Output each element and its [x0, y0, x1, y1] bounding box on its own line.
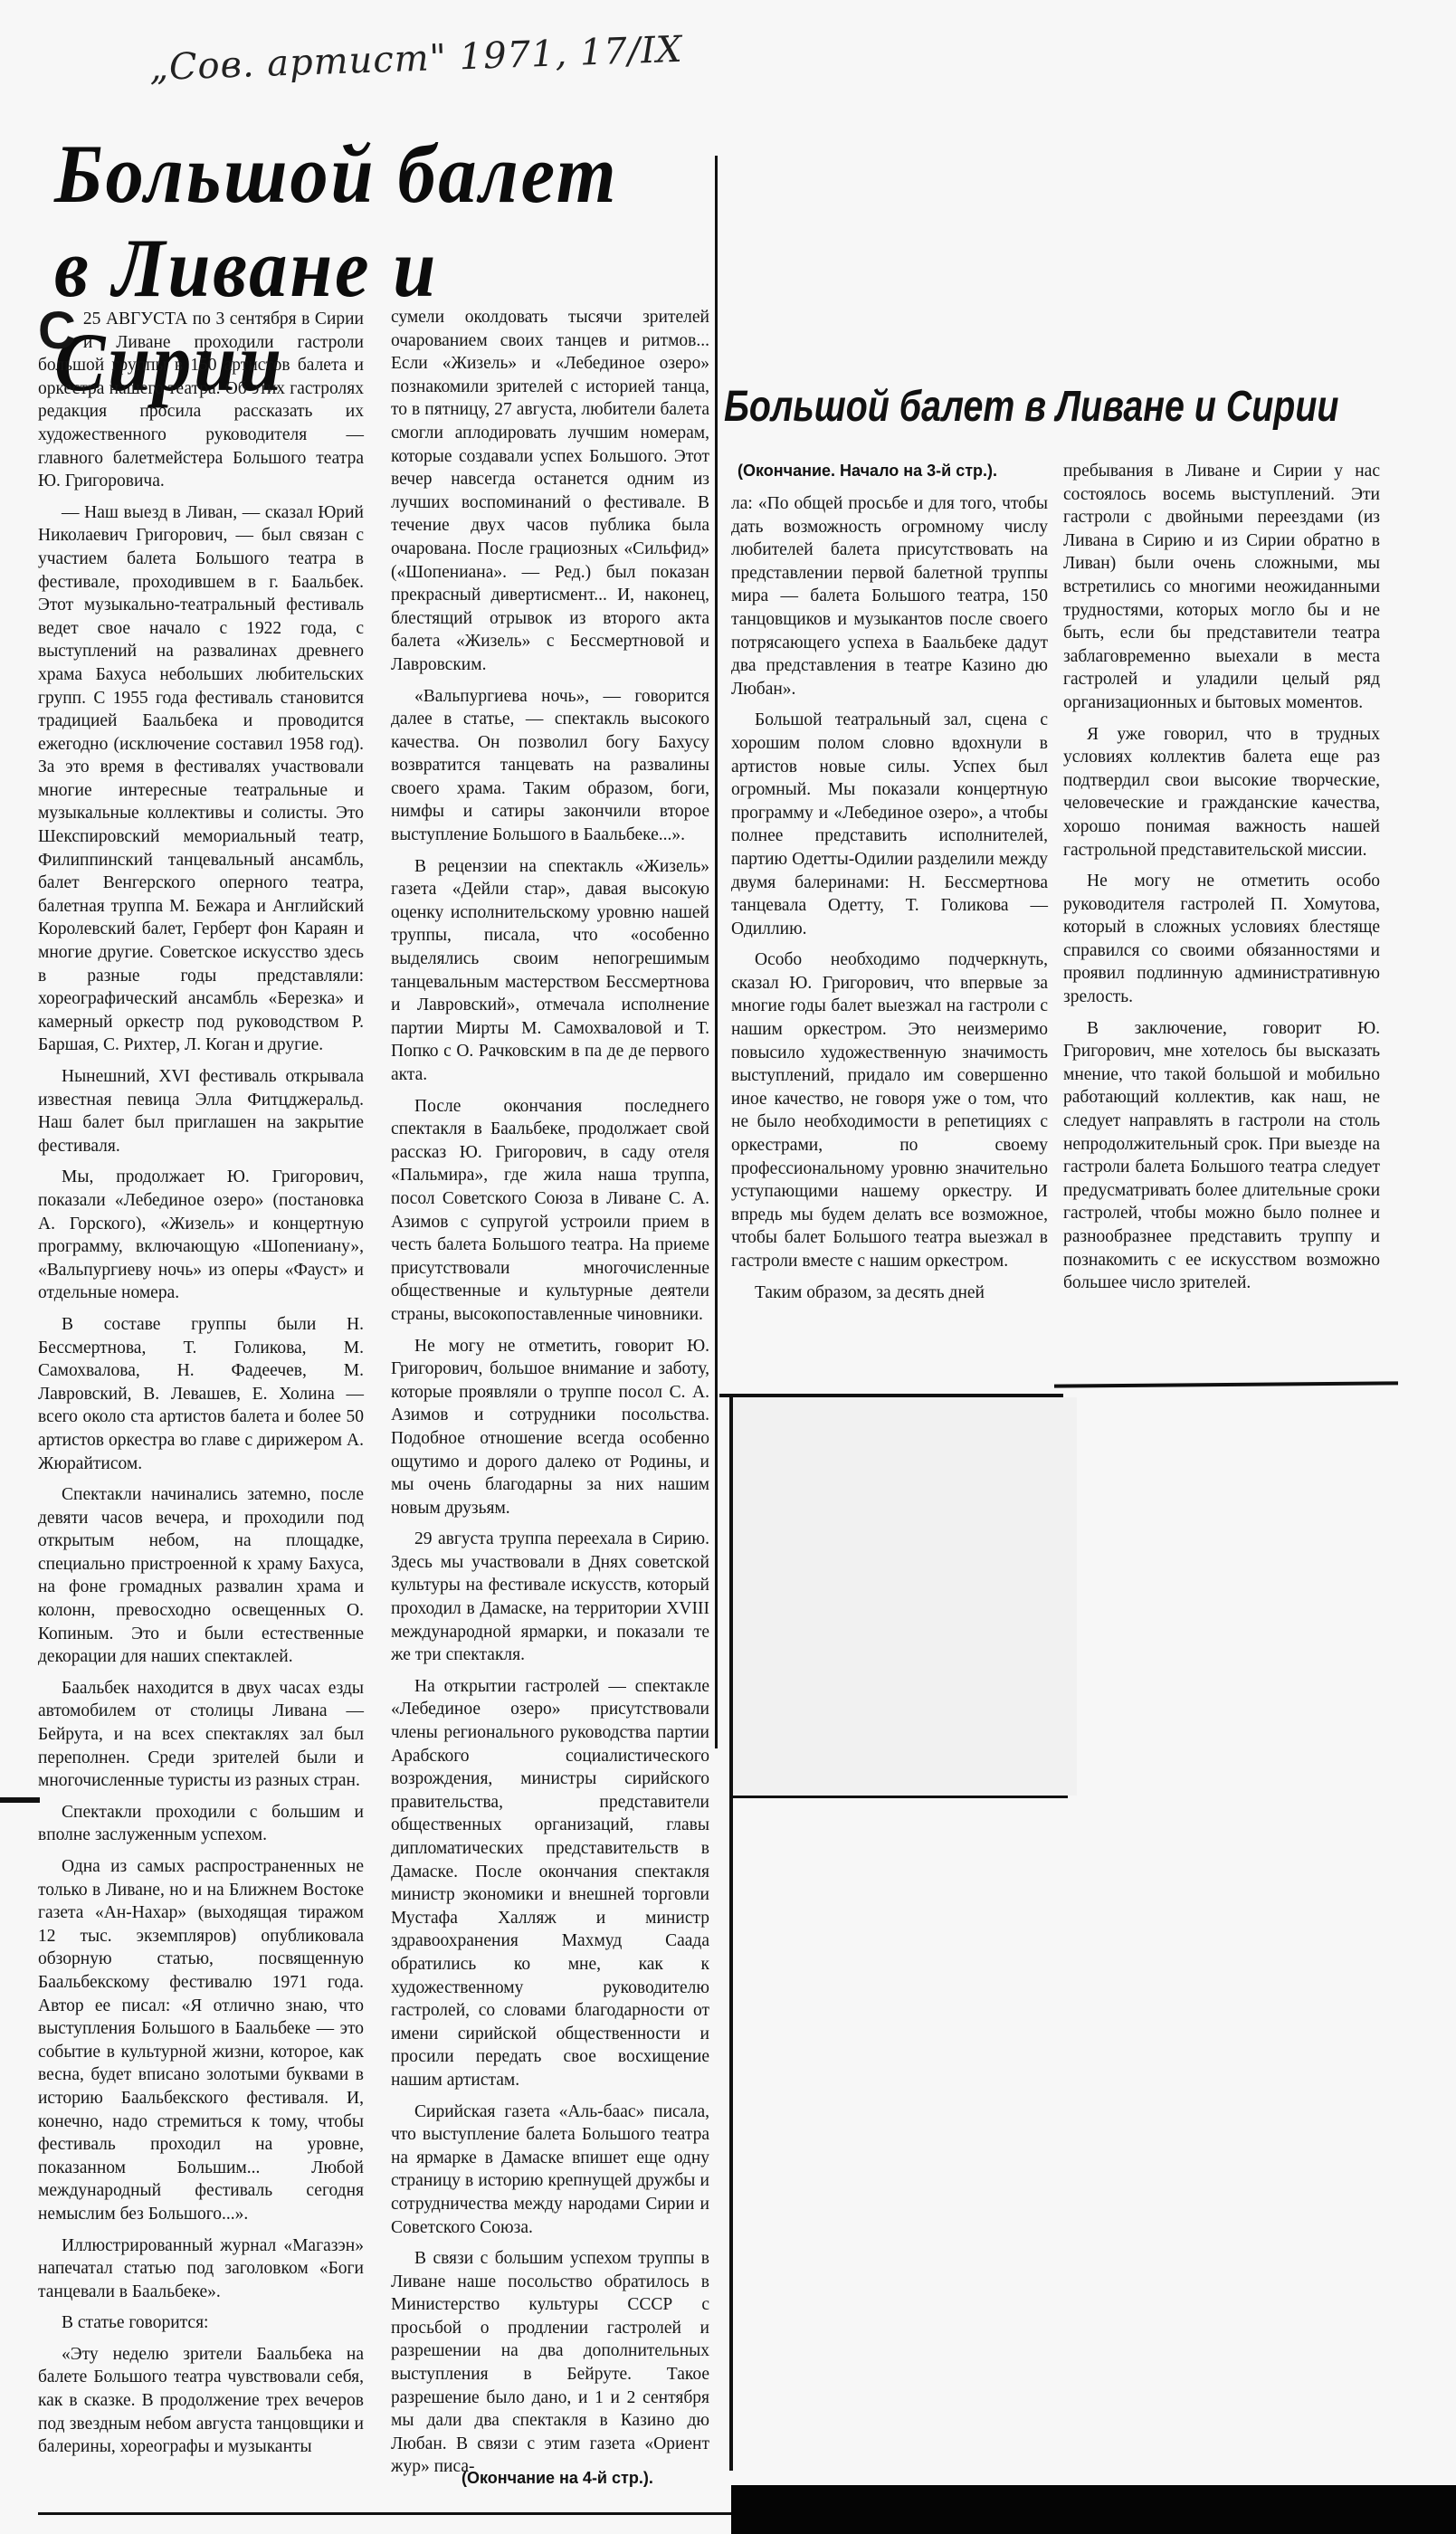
article-column-2: сумели околдовать тысячи зрителей очаров…	[391, 306, 709, 2487]
blank-paper-area	[729, 1397, 1077, 1796]
paragraph: На открытии гастролей — спектакле «Лебед…	[391, 1675, 709, 2092]
clipping-edge-blank-bottom	[733, 1796, 1068, 1798]
paragraph: Спектакли начинались затемно, после девя…	[38, 1483, 364, 1669]
paragraph: Одна из самых распространенных не только…	[38, 1855, 364, 2226]
paragraph: В заключение, говорит Ю. Григорович, мне…	[1063, 1017, 1380, 1295]
continuation-column-1: ла: «По общей просьбе и для того, чтобы …	[731, 492, 1048, 1312]
paragraph: После окончания последнего спектакля в Б…	[391, 1095, 709, 1327]
paragraph: — Наш выезд в Ливан, — сказал Юрий Никол…	[38, 501, 364, 1057]
paragraph: Не могу не отметить особо руководителя г…	[1063, 870, 1380, 1009]
paragraph: Таким образом, за десять дней	[731, 1281, 1048, 1305]
continued-on-page-note: (Окончание на 4-й стр.).	[462, 2469, 653, 2488]
paragraph: В рецензии на спектакль «Жизель» газета …	[391, 855, 709, 1087]
continuation-headline: Большой балет в Ливане и Сирии	[724, 380, 1258, 434]
headline-line-1: Большой балет	[54, 127, 653, 221]
column-divider	[715, 156, 718, 1748]
handwritten-source-note: „Сов. артист" 1971, 17/IX	[148, 29, 683, 90]
paragraph: Особо необходимо подчеркнуть, сказал Ю. …	[731, 948, 1048, 1272]
paragraph: Баальбек находится в двух часах езды авт…	[38, 1677, 364, 1793]
paragraph: 29 августа труппа переехала в Сирию. Зде…	[391, 1528, 709, 1667]
paragraph: «Эту неделю зрители Баальбека на балете …	[38, 2343, 364, 2459]
clipping-edge-top-right	[1054, 1381, 1398, 1387]
article-column-1: С25 АВГУСТА по 3 сентября в Сирии и Лива…	[38, 308, 364, 2467]
continuation-note: (Окончание. Начало на 3-й стр.).	[738, 462, 997, 481]
paragraph: Большой театральный зал, сцена с хорошим…	[731, 709, 1048, 940]
paragraph: В статье говорится:	[38, 2311, 364, 2335]
clipping-edge-bottom	[38, 2512, 735, 2515]
scan-dark-border	[731, 2485, 1456, 2534]
lead-paragraph: С25 АВГУСТА по 3 сентября в Сирии и Лива…	[38, 308, 364, 493]
paragraph: Не могу не отметить, говорит Ю. Григоров…	[391, 1335, 709, 1520]
paragraph: Спектакли проходили с большим и вполне з…	[38, 1801, 364, 1847]
paragraph: Нынешний, XVI фестиваль открывала извест…	[38, 1065, 364, 1157]
paragraph: В связи с большим успехом труппы в Ливан…	[391, 2247, 709, 2479]
left-margin-mark	[0, 1797, 40, 1803]
paragraph: пребывания в Ливане и Сирии у нас состоя…	[1063, 460, 1380, 715]
paragraph: Сирийская газета «Аль-баас» писала, что …	[391, 2101, 709, 2240]
paragraph: В составе группы были Н. Бессмертнова, Т…	[38, 1313, 364, 1475]
paragraph: Я уже говорил, что в трудных условиях ко…	[1063, 723, 1380, 862]
paragraph: «Вальпургиева ночь», — говорится далее в…	[391, 685, 709, 847]
paragraph: ла: «По общей просьбе и для того, чтобы …	[731, 492, 1048, 700]
continuation-column-2: пребывания в Ливане и Сирии у нас состоя…	[1063, 460, 1380, 1303]
drop-cap: С	[38, 310, 76, 353]
paragraph: Иллюстрированный журнал «Магазэн» напеча…	[38, 2234, 364, 2304]
paragraph: Мы, продолжает Ю. Григорович, показали «…	[38, 1166, 364, 1305]
paragraph: сумели околдовать тысячи зрителей очаров…	[391, 306, 709, 677]
